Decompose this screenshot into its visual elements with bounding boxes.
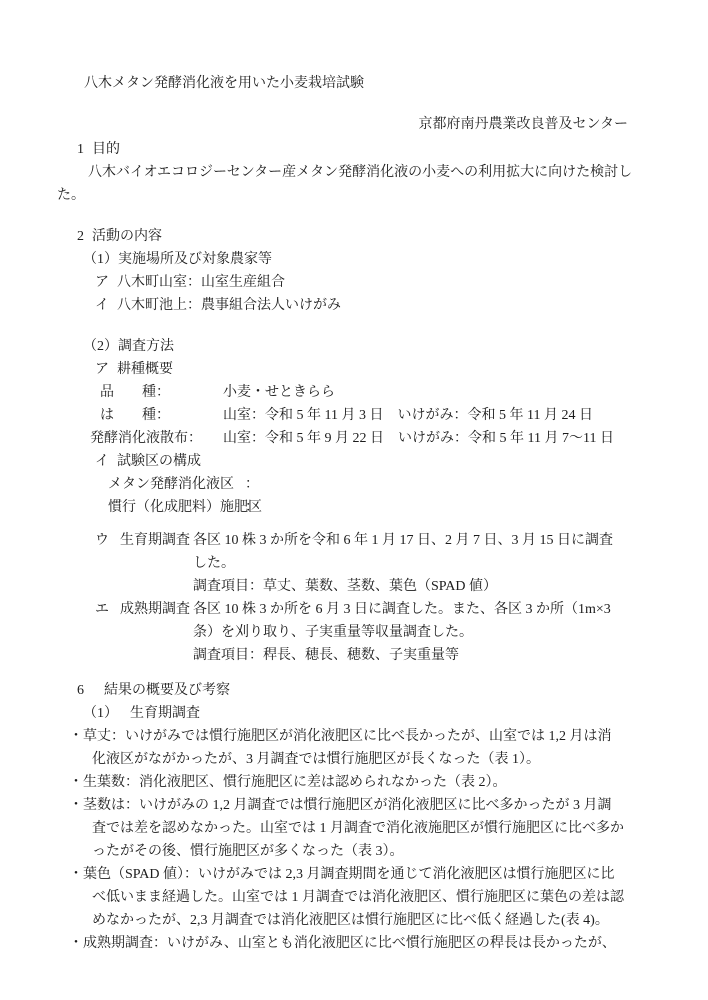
result-bullet: ・葉色（SPAD 値）：いけがみでは 2,3 月調査期間を通じて消化液肥区は慣行… — [57, 863, 680, 932]
list-marker: エ — [95, 598, 120, 667]
subsection-2-heading: （2）調査方法 — [57, 335, 680, 358]
results-subsection-number: （1） — [83, 702, 130, 725]
plots-heading-text: 試験区の構成 — [117, 450, 201, 473]
plot-colon: ： — [245, 500, 259, 515]
survey-description: 各区 10 株 3 か所を令和 6 年 1 月 17 日、2 月 7 日、3 月… — [193, 529, 680, 598]
survey-description: 各区 10 株 3 か所を 6 月 3 日に調査した。また、各区 3 か所（1m… — [193, 598, 680, 667]
cultivation-label: 発酵消化液散布： — [90, 427, 223, 450]
site-list-item: イ八木町池上：農事組合法人いけがみ — [57, 294, 680, 317]
doc-title: 八木メタン発酵消化液を用いた小麦栽培試験 — [57, 72, 680, 95]
plot-label: 慣行（化成肥料）施肥区 — [108, 496, 245, 519]
survey-label: 生育期調査 — [120, 529, 193, 598]
kosyu-heading: ア耕種概要 — [57, 358, 680, 381]
purpose-heading: 1目的 — [57, 138, 680, 161]
survey-description-line: 調査項目：稈長、穂長、穂数、子実重量等 — [193, 644, 680, 667]
survey-description-line: 条）を刈り取り、子実重量等収量調査した。 — [193, 621, 680, 644]
bullet-line: ・成熟期調査：いけがみ、山室とも消化液肥区に比べ慣行施肥区の稈長は長かったが、 — [57, 932, 680, 955]
bullet-line: ・草丈：いけがみでは慣行施肥区が消化液肥区に比べ長かったが、山室では 1,2 月… — [57, 725, 680, 748]
document-page: 八木メタン発酵消化液を用いた小麦栽培試験 京都府南丹農業改良普及センター 1目的… — [0, 0, 708, 1000]
cultivation-row: 発酵消化液散布：山室：令和 5 年 9 月 22 日 いけがみ：令和 5 年 1… — [57, 427, 680, 450]
result-bullet: ・成熟期調査：いけがみ、山室とも消化液肥区に比べ慣行施肥区の稈長は長かったが、 — [57, 932, 680, 955]
bullet-line: めなかったが、2,3 月調査では消化液肥区は慣行施肥区に比べ低く経過した(表 4… — [57, 909, 680, 932]
list-marker: ウ — [95, 529, 120, 598]
list-item-text: 八木町池上：農事組合法人いけがみ — [117, 294, 341, 317]
cultivation-label: 品 種： — [100, 381, 223, 404]
bullet-line: 化液区がながかったが、3 月調査では慣行施肥区が長くなった（表 1）。 — [57, 748, 680, 771]
plot-row: 慣行（化成肥料）施肥区： — [57, 496, 680, 519]
bullet-line: ・生葉数：消化液肥区、慣行施肥区に差は認められなかった（表 2）。 — [57, 771, 680, 794]
purpose-paragraph-line: た。 — [57, 184, 680, 207]
site-list-item: ア八木町山室：山室生産組合 — [57, 271, 680, 294]
cultivation-value: 山室：令和 5 年 9 月 22 日 いけがみ：令和 5 年 11 月 7～11… — [223, 427, 614, 450]
cultivation-row: 品 種：小麦・せときらら — [57, 381, 680, 404]
result-bullet: ・生葉数：消化液肥区、慣行施肥区に差は認められなかった（表 2）。 — [57, 771, 680, 794]
list-marker: イ — [95, 294, 117, 317]
plot-row: メタン発酵消化液区： — [57, 473, 680, 496]
plot-colon: ： — [245, 477, 259, 492]
purpose-paragraph-line: 八木バイオエコロジーセンター産メタン発酵消化液の小麦への利用拡大に向けた検討し — [57, 161, 680, 184]
maturity-survey-row: エ 成熟期調査 各区 10 株 3 か所を 6 月 3 日に調査した。また、各区… — [57, 598, 680, 667]
results-heading-text: 結果の概要及び考察 — [104, 683, 230, 698]
activities-heading-text: 活動の内容 — [92, 229, 162, 244]
survey-description-line: した。 — [193, 552, 680, 575]
plots-heading: イ試験区の構成 — [57, 450, 680, 473]
kosyu-heading-text: 耕種概要 — [117, 358, 173, 381]
results-subsection-text: 生育期調査 — [130, 706, 200, 721]
results-subsection-heading: （1）生育期調査 — [57, 702, 680, 725]
bullet-line: ・茎数は：いけがみの 1,2 月調査では慣行施肥区が消化液肥区に比べ多かったが … — [57, 794, 680, 817]
survey-label: 成熟期調査 — [120, 598, 193, 667]
activities-heading-number: 2 — [77, 225, 92, 248]
activities-heading: 2活動の内容 — [57, 225, 680, 248]
survey-description-line: 調査項目：草丈、葉数、茎数、葉色（SPAD 値） — [193, 575, 680, 598]
subsection-1-heading: （1）実施場所及び対象農家等 — [57, 248, 680, 271]
list-item-text: 八木町山室：山室生産組合 — [117, 271, 285, 294]
result-bullet: ・草丈：いけがみでは慣行施肥区が消化液肥区に比べ長かったが、山室では 1,2 月… — [57, 725, 680, 771]
bullet-line: 査では差を認めなかった。山室では 1 月調査で消化液施肥区が慣行施肥区に比べ多か — [57, 817, 680, 840]
cultivation-label: は 種： — [100, 404, 223, 427]
bullet-line: べ低いまま経過した。山室では 1 月調査では消化液肥区、慣行施肥区に葉色の差は認 — [57, 886, 680, 909]
survey-description-line: 各区 10 株 3 か所を令和 6 年 1 月 17 日、2 月 7 日、3 月… — [193, 529, 680, 552]
cultivation-value: 小麦・せときらら — [223, 381, 335, 404]
cultivation-value: 山室：令和 5 年 11 月 3 日 いけがみ：令和 5 年 11 月 24 日 — [223, 404, 593, 427]
bullet-line: ・葉色（SPAD 値）：いけがみでは 2,3 月調査期間を通じて消化液肥区は慣行… — [57, 863, 680, 886]
purpose-heading-text: 目的 — [92, 142, 120, 157]
results-heading: 6結果の概要及び考察 — [57, 679, 680, 702]
plot-label: メタン発酵消化液区 — [108, 473, 245, 496]
list-marker: ア — [95, 271, 117, 294]
author-line: 京都府南丹農業改良普及センター — [57, 113, 680, 136]
cultivation-row: は 種：山室：令和 5 年 11 月 3 日 いけがみ：令和 5 年 11 月 … — [57, 404, 680, 427]
list-marker: イ — [95, 450, 117, 473]
results-heading-number: 6 — [77, 679, 104, 702]
purpose-heading-number: 1 — [77, 138, 92, 161]
survey-description-line: 各区 10 株 3 か所を 6 月 3 日に調査した。また、各区 3 か所（1m… — [193, 598, 680, 621]
growth-survey-row: ウ 生育期調査 各区 10 株 3 か所を令和 6 年 1 月 17 日、2 月… — [57, 529, 680, 598]
bullet-line: ったがその後、慣行施肥区が多くなった（表 3）。 — [57, 840, 680, 863]
result-bullet: ・茎数は：いけがみの 1,2 月調査では慣行施肥区が消化液肥区に比べ多かったが … — [57, 794, 680, 863]
list-marker: ア — [95, 358, 117, 381]
